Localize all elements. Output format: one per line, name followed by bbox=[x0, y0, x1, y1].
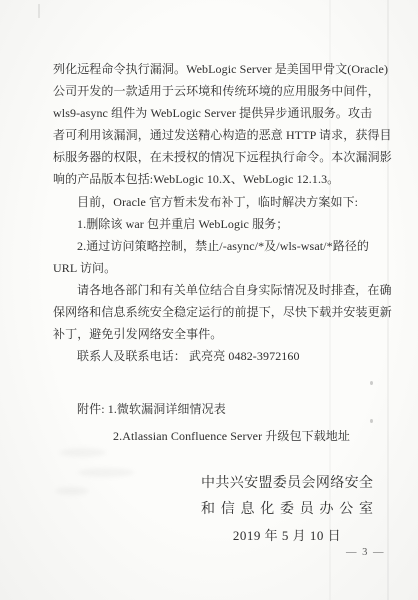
body-line-3: wls9-async 组件为 WebLogic Server 提供异步通讯服务。… bbox=[53, 102, 390, 124]
ink-bleed-smudge bbox=[78, 468, 134, 477]
attachment-line-2: 2.Atlassian Confluence Server 升级包下载地址 bbox=[53, 423, 390, 450]
body-line-2: 公司开发的一款适用于云环境和传统环境的应用服务中间件， bbox=[53, 80, 390, 102]
body-line-4: 者可利用该漏洞，通过发送精心构造的恶意 HTTP 请求，获得目 bbox=[53, 124, 390, 146]
scan-speck bbox=[370, 381, 373, 385]
body-line-8: 1.删除该 war 包并重启 WebLogic 服务； bbox=[53, 213, 390, 235]
issuing-org-line-2: 和信息化委员办公室 bbox=[201, 497, 373, 523]
issue-date: 2019 年 5 月 10 日 bbox=[201, 523, 373, 549]
body-line-10: URL 访问。 bbox=[53, 257, 390, 279]
body-line-6: 响的产品版本包括:WebLogic 10.X、WebLogic 12.1.3。 bbox=[53, 168, 390, 190]
body-line-13: 补丁，避免引发网络安全事件。 bbox=[53, 323, 390, 345]
attachment-line-1: 附件: 1.微软漏洞详细情况表 bbox=[53, 396, 390, 423]
document-body: 列化远程命令执行漏洞。WebLogic Server 是美国甲骨文(Oracle… bbox=[53, 58, 390, 367]
page-number: — 3 — bbox=[346, 547, 385, 558]
scan-mark-artifact bbox=[38, 4, 40, 18]
body-line-11: 请各地各部门和有关单位结合自身实际情况及时排查，在确 bbox=[53, 279, 390, 301]
body-line-5: 标服务器的权限，在未授权的情况下远程执行命令。本次漏洞影 bbox=[53, 146, 390, 168]
body-line-7: 目前，Oracle 官方暂未发布补丁，临时解决方案如下: bbox=[53, 191, 390, 213]
attachments-list: 附件: 1.微软漏洞详细情况表 2.Atlassian Confluence S… bbox=[53, 396, 390, 450]
issuing-org-line-1: 中共兴安盟委员会网络安全 bbox=[201, 471, 373, 497]
contact-line: 联系人及联系电话： 武亮亮 0482-3972160 bbox=[53, 345, 390, 367]
body-line-9: 2.通过访问策略控制，禁止/-async/*及/wls-wsat/*路径的 bbox=[53, 235, 390, 257]
body-line-1: 列化远程命令执行漏洞。WebLogic Server 是美国甲骨文(Oracle… bbox=[53, 58, 390, 80]
body-line-12: 保网络和信息系统安全稳定运行的前提下，尽快下载并安装更新 bbox=[53, 301, 390, 323]
scanned-document-page: 列化远程命令执行漏洞。WebLogic Server 是美国甲骨文(Oracle… bbox=[0, 0, 418, 600]
ink-bleed-smudge bbox=[55, 487, 89, 495]
signature-block: 中共兴安盟委员会网络安全 和信息化委员办公室 2019 年 5 月 10 日 bbox=[201, 471, 373, 549]
